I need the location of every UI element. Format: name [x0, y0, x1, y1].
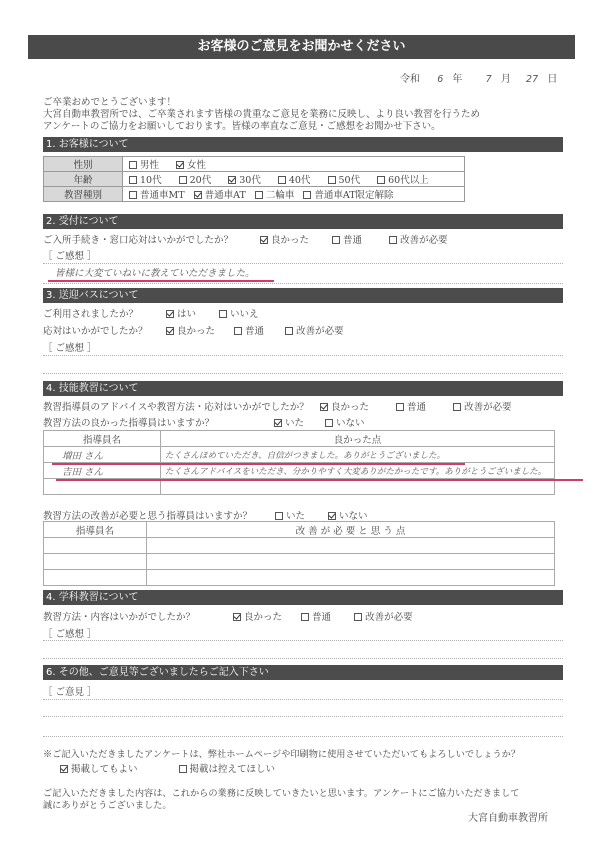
form-title: お客様のご意見をお聞かせください: [28, 35, 575, 59]
section-5-heading: 4. 学科教習について: [43, 590, 563, 605]
gender-label: 性別: [44, 157, 123, 172]
gender-options: 男性 女性: [123, 157, 465, 172]
checkbox-icon[interactable]: [285, 327, 293, 335]
good-instructor-yes-option[interactable]: いた: [274, 415, 304, 429]
reception-normal-option[interactable]: 普通: [332, 232, 362, 246]
checkbox-icon[interactable]: [332, 236, 340, 244]
improve-points-cell[interactable]: [147, 570, 555, 586]
classroom-comment-label: ［ ご感想 ］: [43, 626, 97, 640]
bus-usage-no-option[interactable]: いいえ: [219, 306, 259, 320]
bus-service-options: 良かった 普通 改善が必要: [166, 323, 358, 337]
instructor-name-cell[interactable]: 吉田 さん: [44, 463, 161, 479]
date-month-unit: 月: [501, 74, 511, 85]
improve-points-header: 改 善 が 必 要 と 思 う 点: [147, 522, 555, 538]
checkbox-icon[interactable]: [255, 191, 263, 199]
reception-comment-label: ［ ご感想 ］: [43, 248, 97, 262]
checkbox-icon[interactable]: [179, 765, 187, 773]
age-50s-option[interactable]: 50代: [328, 172, 361, 186]
date-month[interactable]: 7: [486, 74, 492, 85]
consent-options: 掲載してもよい 掲載は控えてほしい: [60, 761, 289, 775]
bus-service-good-option[interactable]: 良かった: [166, 323, 215, 337]
checkbox-icon[interactable]: [129, 176, 137, 184]
checkbox-checked-icon[interactable]: [274, 419, 282, 427]
checkbox-icon[interactable]: [396, 403, 404, 411]
classroom-question: 教習方法・内容はいかがでしたか？: [43, 609, 195, 623]
instructor-advice-good-option[interactable]: 良かった: [320, 399, 369, 413]
bus-comment-line[interactable]: [43, 355, 563, 356]
age-40s-option[interactable]: 40代: [278, 172, 311, 186]
instructor-name-cell[interactable]: [44, 479, 161, 495]
bus-service-question: 応対はいかがでしたか？: [43, 323, 148, 337]
checkbox-icon[interactable]: [219, 310, 227, 318]
gender-row: 性別 男性 女性: [44, 157, 465, 172]
instructor-advice-options: 良かった 普通 改善が必要: [320, 399, 526, 413]
checkbox-icon[interactable]: [328, 176, 336, 184]
good-points-cell[interactable]: [161, 479, 555, 495]
age-row: 年齢 10代 20代 30代 40代 50代 60代以上: [44, 172, 465, 187]
section-3-heading: 3. 送迎バスについて: [43, 288, 563, 303]
course-mt-option[interactable]: 普通車MT: [129, 187, 185, 201]
bus-service-normal-option[interactable]: 普通: [234, 323, 264, 337]
instructor-name-cell[interactable]: 増田 さん: [44, 447, 161, 463]
closing-line-2: 誠にありがとうございました。: [43, 797, 172, 811]
checkbox-checked-icon[interactable]: [194, 191, 202, 199]
checkbox-checked-icon[interactable]: [166, 327, 174, 335]
course-at-limit-removal-option[interactable]: 普通車AT限定解除: [303, 187, 393, 201]
table-header: 指導員名 良かった点: [44, 431, 555, 447]
instructor-name-cell[interactable]: [44, 570, 147, 586]
highlight-underline: [48, 280, 274, 282]
classroom-improve-option[interactable]: 改善が必要: [354, 609, 413, 623]
checkbox-icon[interactable]: [129, 161, 137, 169]
gender-female-option[interactable]: 女性: [176, 157, 206, 171]
good-points-cell[interactable]: たくさんアドバイスをいただき、分かりやすく大変ありがたかったです。ありがとうござ…: [161, 463, 555, 479]
section-2-heading: 2. 受付について: [43, 214, 563, 229]
reception-good-option[interactable]: 良かった: [260, 232, 309, 246]
checkbox-checked-icon[interactable]: [228, 176, 236, 184]
course-motorcycle-option[interactable]: 二輪車: [255, 187, 295, 201]
checkbox-icon[interactable]: [354, 613, 362, 621]
date-era: 令和: [400, 74, 420, 85]
bus-comment-label: ［ ご感想 ］: [43, 340, 97, 354]
age-label: 年齢: [44, 172, 123, 187]
checkbox-icon[interactable]: [301, 613, 309, 621]
other-comment-label: ［ ご意見 ］: [43, 684, 97, 698]
age-20s-option[interactable]: 20代: [179, 172, 212, 186]
instructor-name-header: 指導員名: [44, 431, 161, 447]
table-row: [44, 554, 555, 570]
table-row: [44, 538, 555, 554]
section-1-heading: 1. お客様について: [43, 137, 563, 152]
improve-instructor-options: いた いない: [275, 508, 382, 522]
divider: [43, 263, 563, 264]
instructor-name-header: 指導員名: [44, 522, 147, 538]
divider: [43, 283, 563, 284]
classroom-options: 良かった 普通 改善が必要: [233, 609, 427, 623]
checkbox-icon[interactable]: [278, 176, 286, 184]
customer-info-table: 性別 男性 女性 年齢 10代 20代 30代 40代 50代 60代以上 教習…: [43, 156, 465, 202]
date-year-unit: 年: [452, 74, 462, 85]
table-row: 増田 さん たくさんほめていただき、自信がつきました。ありがとうございました。: [44, 447, 555, 463]
highlight-underline: [56, 479, 583, 481]
improve-points-cell[interactable]: [147, 554, 555, 570]
bus-service-improve-option[interactable]: 改善が必要: [285, 323, 344, 337]
checkbox-checked-icon[interactable]: [328, 512, 336, 520]
checkbox-icon[interactable]: [234, 327, 242, 335]
bus-comment-line[interactable]: [43, 373, 563, 374]
instructor-advice-normal-option[interactable]: 普通: [396, 399, 426, 413]
classroom-comment-line[interactable]: [43, 640, 563, 641]
checkbox-icon[interactable]: [377, 176, 385, 184]
good-instructor-question: 教習方法の良かった指導員はいますか？: [43, 415, 214, 429]
date-day[interactable]: 27: [526, 74, 538, 85]
checkbox-icon[interactable]: [389, 236, 397, 244]
instructor-name-cell[interactable]: [44, 538, 147, 554]
intro-line-3: アンケートのご協力をお願いしております。皆様の率直なご意見・ご感想をお聞かせ下さ…: [43, 118, 441, 132]
age-30s-option[interactable]: 30代: [228, 172, 261, 186]
instructor-advice-question: 教習指導員のアドバイスや教習方法・応対はいかがでしたか？: [43, 399, 309, 413]
highlight-underline: [52, 463, 465, 465]
good-points-header: 良かった点: [161, 431, 555, 447]
good-instructor-no-option[interactable]: いない: [325, 415, 365, 429]
age-10s-option[interactable]: 10代: [129, 172, 162, 186]
age-60s-option[interactable]: 60代以上: [377, 172, 429, 186]
classroom-normal-option[interactable]: 普通: [301, 609, 331, 623]
course-type-row: 教習種別 普通車MT 普通車AT 二輪車 普通車AT限定解除: [44, 187, 465, 202]
gender-male-option[interactable]: 男性: [129, 157, 159, 171]
checkbox-icon[interactable]: [453, 403, 461, 411]
course-type-options: 普通車MT 普通車AT 二輪車 普通車AT限定解除: [123, 187, 465, 202]
date-year[interactable]: 6: [437, 74, 443, 85]
course-at-option[interactable]: 普通車AT: [194, 187, 246, 201]
other-comment-line[interactable]: [43, 699, 563, 700]
section-4-heading: 4. 技能教習について: [43, 381, 563, 396]
other-comment-line[interactable]: [43, 736, 563, 737]
improve-instructor-table: 指導員名 改 善 が 必 要 と 思 う 点: [43, 521, 555, 586]
checkbox-checked-icon[interactable]: [166, 310, 174, 318]
consent-allow-option[interactable]: 掲載してもよい: [60, 761, 138, 775]
improve-instructor-question: 教習方法の改善が必要と思う指導員はいますか？: [43, 508, 252, 522]
course-type-label: 教習種別: [44, 187, 123, 202]
checkbox-checked-icon[interactable]: [233, 613, 241, 621]
instructor-advice-improve-option[interactable]: 改善が必要: [453, 399, 512, 413]
checkbox-checked-icon[interactable]: [320, 403, 328, 411]
classroom-comment-line[interactable]: [43, 658, 563, 659]
reception-comment[interactable]: 皆様に大変ていねいに教えていただきました。: [55, 265, 255, 279]
bus-usage-yes-option[interactable]: はい: [166, 306, 196, 320]
date-day-unit: 日: [547, 74, 557, 85]
checkbox-checked-icon[interactable]: [260, 236, 268, 244]
bus-usage-question: ご利用されましたか？: [43, 306, 138, 320]
good-points-cell[interactable]: たくさんほめていただき、自信がつきました。ありがとうございました。: [161, 447, 555, 463]
improve-instructor-yes-option[interactable]: いた: [275, 508, 305, 522]
checkbox-checked-icon[interactable]: [176, 161, 184, 169]
checkbox-icon[interactable]: [129, 191, 137, 199]
section-6-heading: 6. その他、ご意見等ございましたらご記入下さい: [43, 665, 563, 680]
reception-question: ご入所手続き・窓口応対はいかがでしたか？: [43, 232, 233, 246]
checkbox-checked-icon[interactable]: [60, 765, 68, 773]
table-row: 吉田 さん たくさんアドバイスをいただき、分かりやすく大変ありがたかったです。あ…: [44, 463, 555, 479]
improve-points-cell[interactable]: [147, 538, 555, 554]
consent-question: ※ご記入いただきましたアンケートは、弊社ホームページや印刷物に使用させていただい…: [43, 746, 520, 760]
improve-instructor-no-option[interactable]: いない: [328, 508, 368, 522]
good-instructor-options: いた いない: [274, 415, 379, 429]
table-header: 指導員名 改 善 が 必 要 と 思 う 点: [44, 522, 555, 538]
date-line: 令和 6 年 7 月 27 日: [400, 70, 557, 85]
table-row: [44, 479, 555, 495]
age-options: 10代 20代 30代 40代 50代 60代以上: [123, 172, 465, 187]
reception-options: 良かった 普通 改善が必要: [260, 232, 462, 246]
other-comment-line[interactable]: [43, 716, 563, 717]
checkbox-icon[interactable]: [275, 512, 283, 520]
table-row: [44, 570, 555, 586]
classroom-good-option[interactable]: 良かった: [233, 609, 282, 623]
signature: 大宮自動車教習所: [468, 809, 548, 824]
bus-usage-options: はい いいえ: [166, 306, 273, 320]
checkbox-icon[interactable]: [303, 191, 311, 199]
reception-improve-option[interactable]: 改善が必要: [389, 232, 448, 246]
checkbox-icon[interactable]: [179, 176, 187, 184]
instructor-name-cell[interactable]: [44, 554, 147, 570]
consent-decline-option[interactable]: 掲載は控えてほしい: [179, 761, 276, 775]
checkbox-icon[interactable]: [325, 419, 333, 427]
